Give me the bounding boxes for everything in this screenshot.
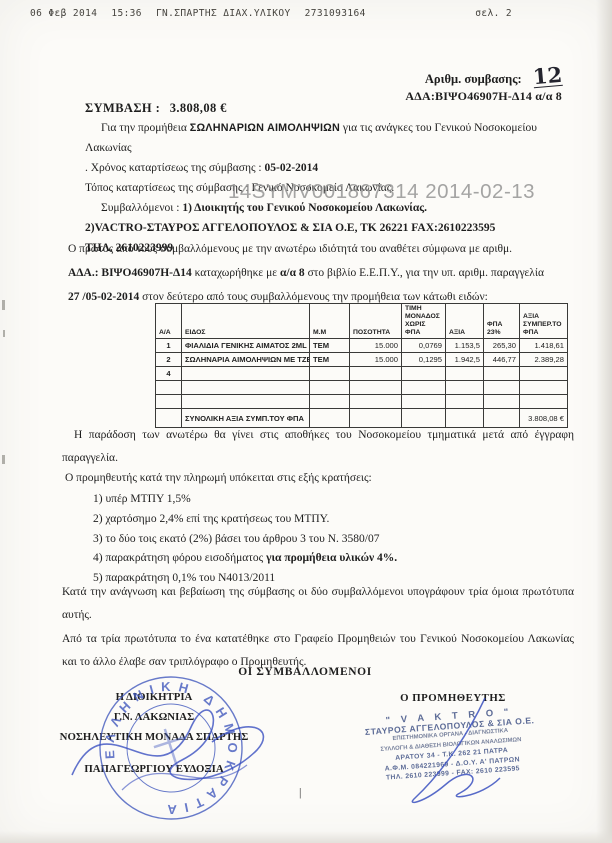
table-cell bbox=[446, 367, 484, 381]
table-cell bbox=[156, 395, 182, 409]
table-cell bbox=[520, 367, 568, 381]
table-cell bbox=[310, 381, 350, 395]
table-cell: 1.418,61 bbox=[520, 339, 568, 353]
table-cell: ΤΕΜ bbox=[310, 339, 350, 353]
table-cell: 446,77 bbox=[484, 353, 520, 367]
deduction-item: 4) παρακράτηση φόρου εισοδήματος για προ… bbox=[93, 549, 565, 569]
signature-right bbox=[390, 690, 540, 810]
contract-amount: 3.808,08 € bbox=[170, 101, 227, 115]
items-table: Α/ΑΕΙΔΟΣΜ.ΜΠΟΣΟΤΗΤΑΤΙΜΗ ΜΟΝΑΔΟΣ ΧΩΡΙΣ ΦΠ… bbox=[155, 303, 568, 428]
deduction-item: 1) υπέρ ΜΤΠΥ 1,5% bbox=[93, 490, 565, 510]
contract-number-line: Αριθμ. συμβασης: 12 bbox=[405, 66, 562, 87]
contract-date-line: . Χρόνος καταρτίσεως της σύμβασης : 05-0… bbox=[85, 158, 571, 178]
table-cell: ΦΙΑΛΙΔΙΑ ΓΕΝΙΚΗΣ ΑΙΜΑΤΟΣ 2ML bbox=[182, 339, 310, 353]
table-cell: 1.942,5 bbox=[446, 353, 484, 367]
table-cell: 0,0769 bbox=[402, 339, 446, 353]
deductions-intro: Ο προμηθευτής κατά την πληρωμή υπόκειται… bbox=[65, 468, 565, 488]
table-row: 2ΣΩΛΗΝΑΡΙΑ ΑΙΜΟΛΗΨΙΩΝ ΜΕ ΤΖΕΛ 8 MLΤΕΜ15.… bbox=[156, 353, 568, 367]
table-cell bbox=[484, 367, 520, 381]
contract-title: ΣΥΜΒΑΣΗ : 3.808,08 € bbox=[85, 101, 227, 116]
table-header-cell: ΠΟΣΟΤΗΤΑ bbox=[350, 304, 402, 339]
table-cell: 1.153,5 bbox=[446, 339, 484, 353]
table-header-cell: ΑΞΙΑ bbox=[446, 304, 484, 339]
fax-time: 15:36 bbox=[111, 8, 142, 19]
table-cell: 4 bbox=[156, 367, 182, 381]
handwritten-contract-number: 12 bbox=[532, 65, 563, 88]
table-cell bbox=[520, 381, 568, 395]
table-cell bbox=[402, 381, 446, 395]
table-header-cell: Α/Α bbox=[156, 304, 182, 339]
table-cell bbox=[350, 395, 402, 409]
table-cell bbox=[156, 381, 182, 395]
table-cell bbox=[402, 367, 446, 381]
fax-sender: ΓΝ.ΣΠΑΡΤΗΣ ΔΙΑΧ.ΥΛΙΚΟΥ bbox=[156, 8, 291, 19]
order-ref: 27 /05-02-2014 bbox=[68, 291, 139, 303]
fax-page-label: σελ. 2 bbox=[475, 8, 512, 19]
table-cell bbox=[402, 395, 446, 409]
table-cell: 265,30 bbox=[484, 339, 520, 353]
table-cell: 2.389,28 bbox=[520, 353, 568, 367]
assignment-line1: Ο πρώτος από τους συμβαλλόμενους με την … bbox=[68, 237, 570, 261]
page-mark: | bbox=[299, 785, 301, 800]
closing-paragraph-1: Κατά την ανάγνωση και βεβαίωση της σύμβα… bbox=[62, 581, 574, 627]
deduction-item: 2) χαρτόσημο 2,4% επί της κρατήσεως του … bbox=[93, 510, 565, 530]
table-cell bbox=[310, 395, 350, 409]
contract-meta: Αριθμ. συμβασης: 12 ΑΔΑ:ΒΙΨΟ46907Η-Δ14 α… bbox=[405, 66, 562, 104]
scanned-contract-page: 06 Φεβ 2014 15:36 ΓΝ.ΣΠΑΡΤΗΣ ΔΙΑΧ.ΥΛΙΚΟΥ… bbox=[0, 0, 612, 843]
table-cell bbox=[484, 395, 520, 409]
scan-artifact bbox=[2, 300, 5, 310]
deduction-item: 3) το δύο τοις εκατό (2%) βάσει του άρθρ… bbox=[93, 530, 565, 550]
table-cell bbox=[182, 381, 310, 395]
table-row bbox=[156, 395, 568, 409]
table-row bbox=[156, 381, 568, 395]
table-cell bbox=[310, 367, 350, 381]
table-cell bbox=[446, 381, 484, 395]
table-cell: 1 bbox=[156, 339, 182, 353]
assignment-section: Ο πρώτος από τους συμβαλλόμενους με την … bbox=[68, 237, 570, 309]
table-cell: 2 bbox=[156, 353, 182, 367]
assignment-line2: ΑΔΑ.: ΒΙΨΟ46907Η-Δ14 καταχωρήθηκε με α/α… bbox=[68, 261, 570, 285]
scan-artifact bbox=[2, 455, 5, 464]
delivery-paragraph: Η παράδοση των ανωτέρω θα γίνει στις απο… bbox=[62, 424, 574, 470]
fax-header: 06 Φεβ 2014 15:36 ΓΝ.ΣΠΑΡΤΗΣ ΔΙΑΧ.ΥΛΙΚΟΥ… bbox=[30, 8, 512, 19]
ada-ref: ΑΔΑ.: ΒΙΨΟ46907Η-Δ14 bbox=[68, 267, 192, 279]
table-cell bbox=[484, 381, 520, 395]
supply-item-name: ΣΩΛΗΝΑΡΙΩΝ ΑΙΜΟΛΗΨΙΩΝ bbox=[190, 122, 340, 134]
contract-title-label: ΣΥΜΒΑΣΗ : bbox=[85, 101, 160, 115]
closing-section: Κατά την ανάγνωση και βεβαίωση της σύμβα… bbox=[62, 581, 574, 675]
table-cell bbox=[182, 395, 310, 409]
table-cell: 15.000 bbox=[350, 339, 402, 353]
table-header-cell: ΑΞΙΑ ΣΥΜΠΕΡ.ΤΟ ΦΠΑ bbox=[520, 304, 568, 339]
scan-edge-shadow-right bbox=[596, 0, 612, 843]
fax-date: 06 Φεβ 2014 bbox=[30, 8, 97, 19]
fax-number: 2731093164 bbox=[305, 8, 366, 19]
signature-left bbox=[62, 680, 292, 815]
contract-number-label: Αριθμ. συμβασης: bbox=[425, 72, 522, 86]
party-two: 2)VACTRO-ΣΤΑΥΡΟΣ ΑΓΓΕΛΟΠΟΥΛΟΣ & ΣΙΑ Ο.Ε,… bbox=[85, 218, 571, 238]
table-row: 4 bbox=[156, 367, 568, 381]
registry-watermark: 14SYMV001867314 2014-02-13 bbox=[228, 180, 598, 204]
registry-entry-number: α/α 8 bbox=[280, 267, 305, 279]
table-header-row: Α/ΑΕΙΔΟΣΜ.ΜΠΟΣΟΤΗΤΑΤΙΜΗ ΜΟΝΑΔΟΣ ΧΩΡΙΣ ΦΠ… bbox=[156, 304, 568, 339]
table-body: 1ΦΙΑΛΙΔΙΑ ΓΕΝΙΚΗΣ ΑΙΜΑΤΟΣ 2MLΤΕΜ15.0000,… bbox=[156, 339, 568, 409]
table-cell bbox=[350, 381, 402, 395]
table-row: 1ΦΙΑΛΙΔΙΑ ΓΕΝΙΚΗΣ ΑΙΜΑΤΟΣ 2MLΤΕΜ15.0000,… bbox=[156, 339, 568, 353]
table-cell bbox=[520, 395, 568, 409]
table-cell bbox=[446, 395, 484, 409]
table-cell: ΤΕΜ bbox=[310, 353, 350, 367]
table-header-cell: ΤΙΜΗ ΜΟΝΑΔΟΣ ΧΩΡΙΣ ΦΠΑ bbox=[402, 304, 446, 339]
deductions-section: Ο προμηθευτής κατά την πληρωμή υπόκειται… bbox=[65, 468, 565, 589]
scan-artifact bbox=[3, 330, 5, 337]
table-cell: ΣΩΛΗΝΑΡΙΑ ΑΙΜΟΛΗΨΙΩΝ ΜΕ ΤΖΕΛ 8 ML bbox=[182, 353, 310, 367]
contract-date: 05-02-2014 bbox=[264, 162, 318, 174]
scan-edge-shadow-bottom bbox=[0, 831, 612, 843]
deductions-list: 1) υπέρ ΜΤΠΥ 1,5%2) χαρτόσημο 2,4% επί τ… bbox=[65, 490, 565, 589]
table-header-cell: Μ.Μ bbox=[310, 304, 350, 339]
table-cell bbox=[350, 367, 402, 381]
table-cell: 15.000 bbox=[350, 353, 402, 367]
table-header-cell: ΕΙΔΟΣ bbox=[182, 304, 310, 339]
table-header-cell: ΦΠΑ 23% bbox=[484, 304, 520, 339]
table-cell: 0,1295 bbox=[402, 353, 446, 367]
table-cell bbox=[182, 367, 310, 381]
supply-line: Για την προμήθεια ΣΩΛΗΝΑΡΙΩΝ ΑΙΜΟΛΗΨΙΩΝ … bbox=[85, 118, 571, 158]
ada-line: ΑΔΑ:ΒΙΨΟ46907Η-Δ14 α/α 8 bbox=[405, 89, 562, 104]
